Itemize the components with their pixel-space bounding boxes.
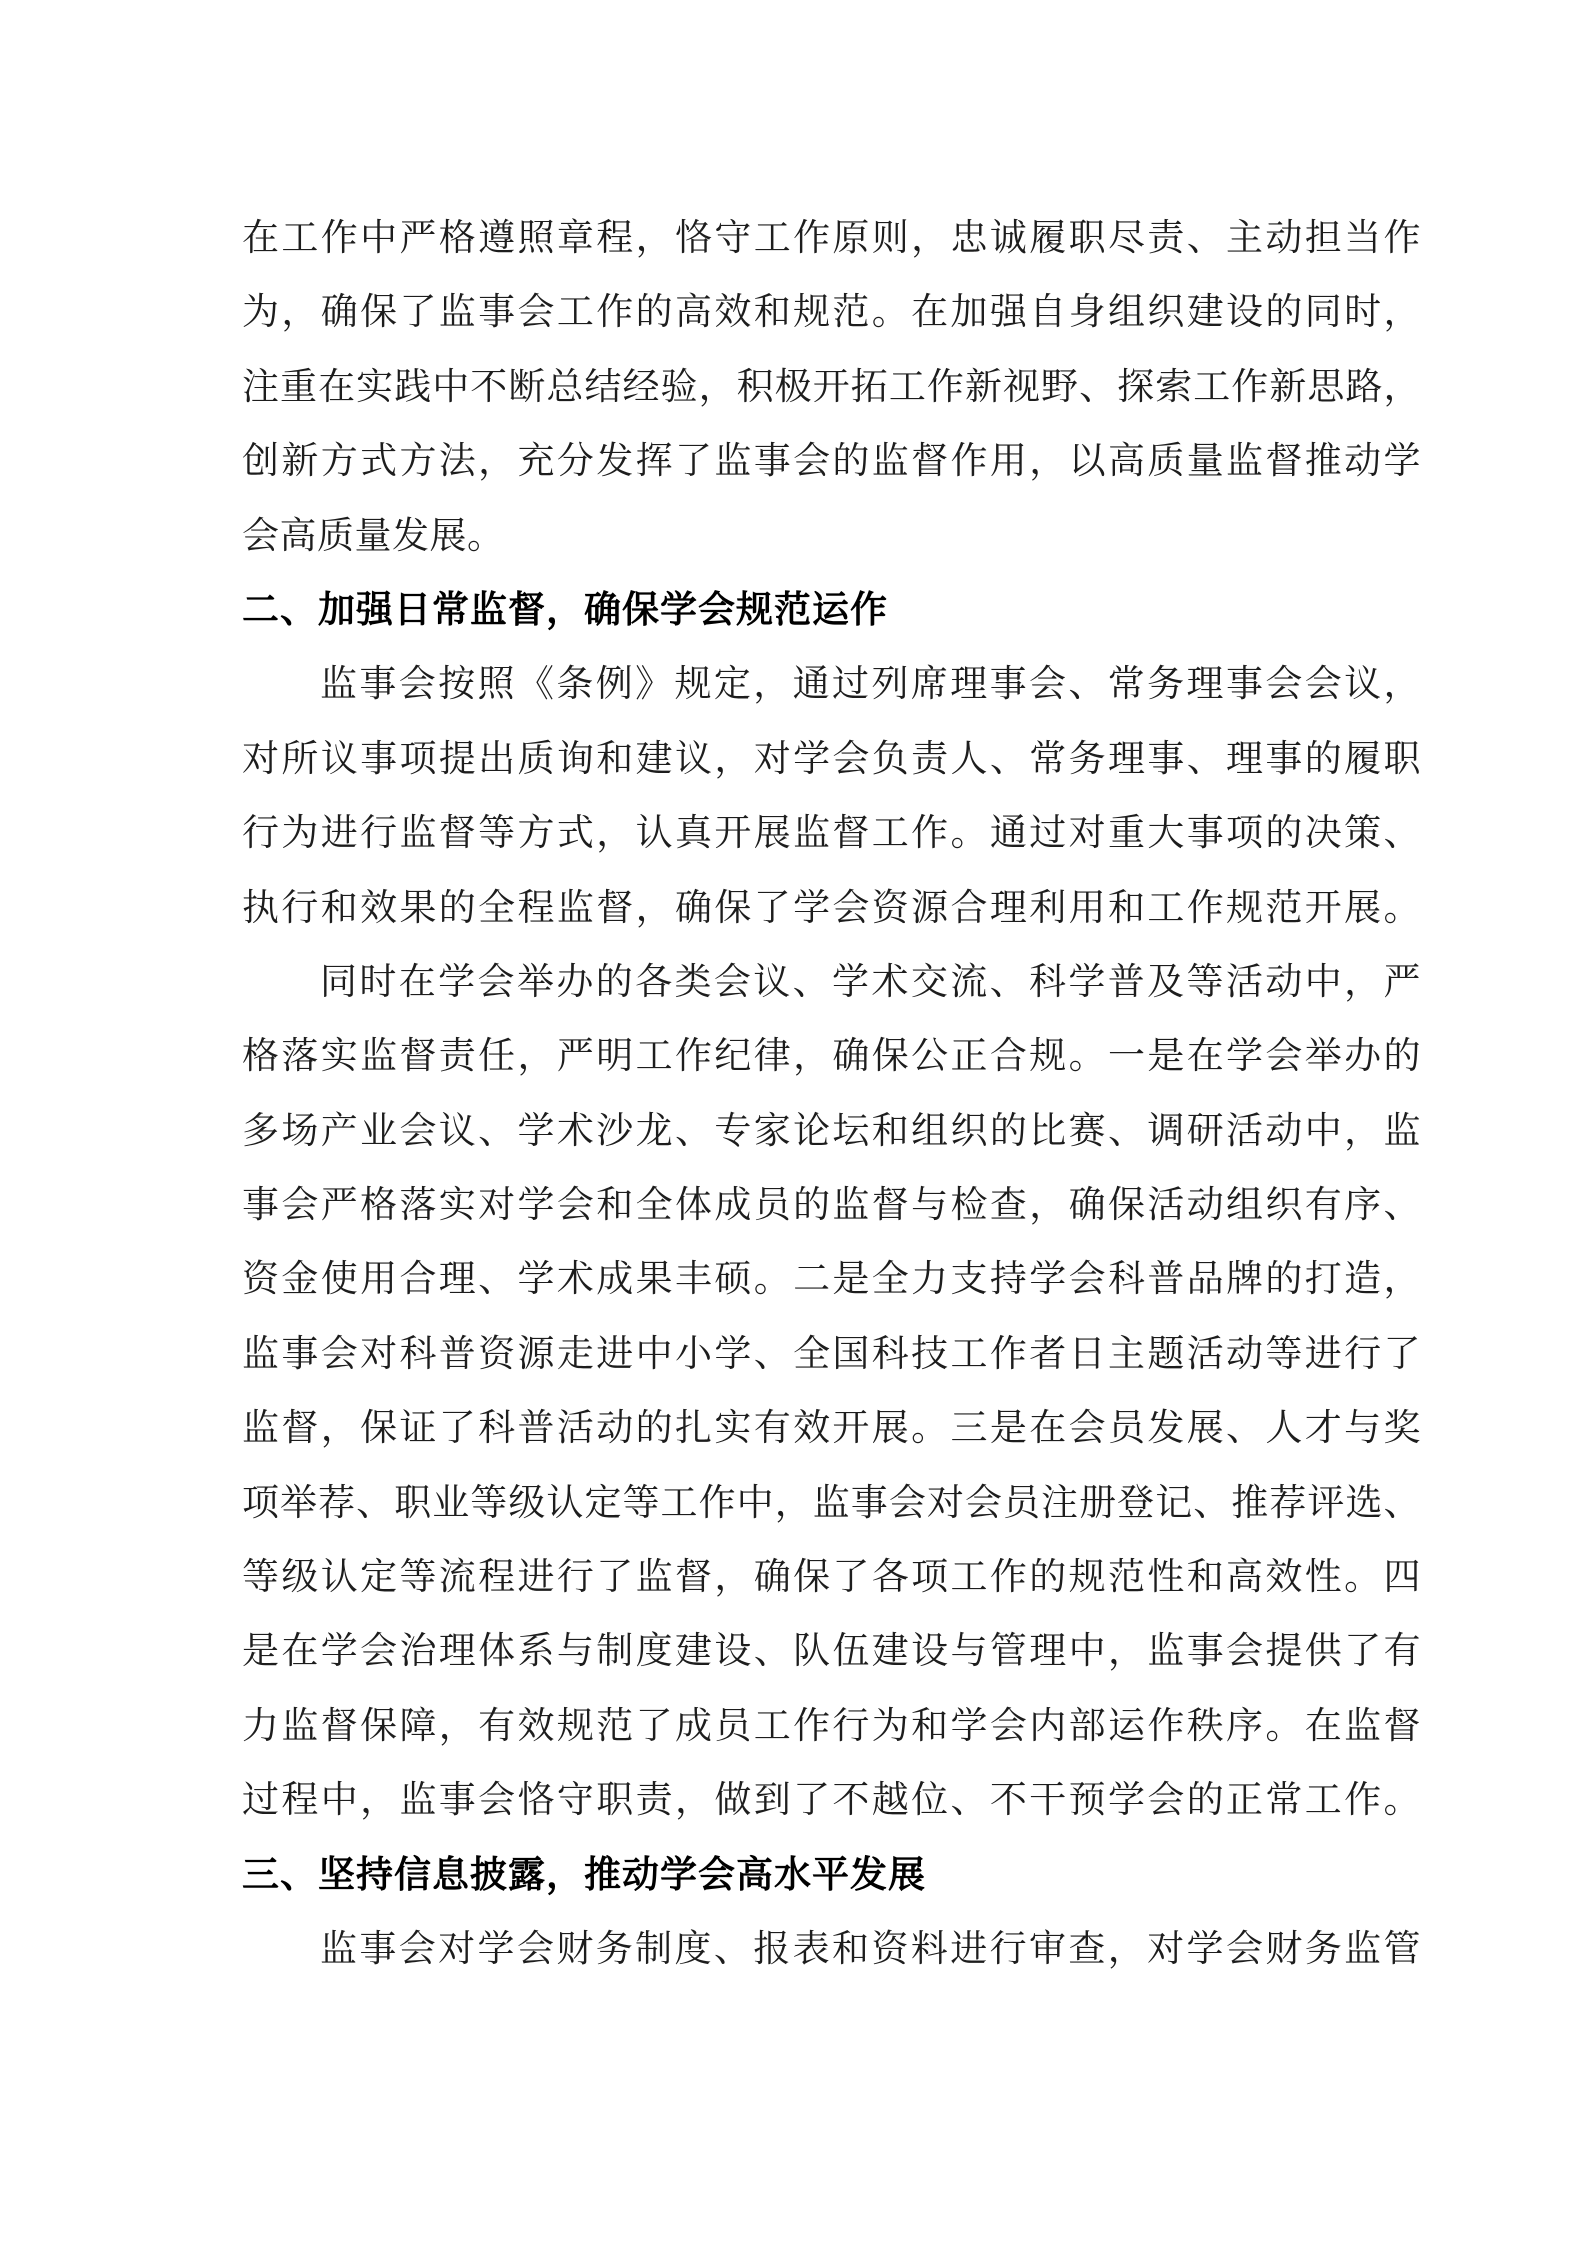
- text-line: 监事会按照《条例》规定，通过列席理事会、常务理事会会议，: [242, 648, 1421, 722]
- text-line: 资金使用合理、学术成果丰硕。二是全力支持学会科普品牌的打造，: [242, 1243, 1421, 1317]
- text-line: 对所议事项提出质询和建议，对学会负责人、常务理事、理事的履职: [242, 723, 1421, 797]
- text-line: 会高质量发展。: [242, 500, 1421, 574]
- document-page: 在工作中严格遵照章程，恪守工作原则，忠诚履职尽责、主动担当作为，确保了监事会工作…: [0, 0, 1587, 2245]
- text-line: 在工作中严格遵照章程，恪守工作原则，忠诚履职尽责、主动担当作: [242, 202, 1421, 276]
- text-line: 行为进行监督等方式，认真开展监督工作。通过对重大事项的决策、: [242, 797, 1421, 871]
- text-line: 执行和效果的全程监督，确保了学会资源合理利用和工作规范开展。: [242, 872, 1421, 946]
- text-line: 多场产业会议、学术沙龙、专家论坛和组织的比赛、调研活动中，监: [242, 1095, 1421, 1169]
- text-line: 格落实监督责任，严明工作纪律，确保公正合规。一是在学会举办的: [242, 1020, 1421, 1094]
- text-line: 力监督保障，有效规范了成员工作行为和学会内部运作秩序。在监督: [242, 1690, 1421, 1764]
- text-line: 创新方式方法，充分发挥了监事会的监督作用，以高质量监督推动学: [242, 425, 1421, 499]
- section-heading: 三、坚持信息披露，推动学会高水平发展: [242, 1839, 1421, 1913]
- text-line: 监事会对科普资源走进中小学、全国科技工作者日主题活动等进行了: [242, 1318, 1421, 1392]
- text-line: 监督，保证了科普活动的扎实有效开展。三是在会员发展、人才与奖: [242, 1392, 1421, 1466]
- section-heading: 二、加强日常监督，确保学会规范运作: [242, 574, 1421, 648]
- document-text-block: 在工作中严格遵照章程，恪守工作原则，忠诚履职尽责、主动担当作为，确保了监事会工作…: [242, 202, 1421, 1987]
- text-line: 等级认定等流程进行了监督，确保了各项工作的规范性和高效性。四: [242, 1541, 1421, 1615]
- text-line: 是在学会治理体系与制度建设、队伍建设与管理中，监事会提供了有: [242, 1615, 1421, 1689]
- text-line: 项举荐、职业等级认定等工作中，监事会对会员注册登记、推荐评选、: [242, 1467, 1421, 1541]
- text-line: 过程中，监事会恪守职责，做到了不越位、不干预学会的正常工作。: [242, 1764, 1421, 1838]
- text-line: 为，确保了监事会工作的高效和规范。在加强自身组织建设的同时，: [242, 276, 1421, 350]
- text-line: 同时在学会举办的各类会议、学术交流、科学普及等活动中，严: [242, 946, 1421, 1020]
- text-line: 事会严格落实对学会和全体成员的监督与检查，确保活动组织有序、: [242, 1169, 1421, 1243]
- text-line: 监事会对学会财务制度、报表和资料进行审查，对学会财务监管: [242, 1913, 1421, 1987]
- text-line: 注重在实践中不断总结经验，积极开拓工作新视野、探索工作新思路，: [242, 351, 1421, 425]
